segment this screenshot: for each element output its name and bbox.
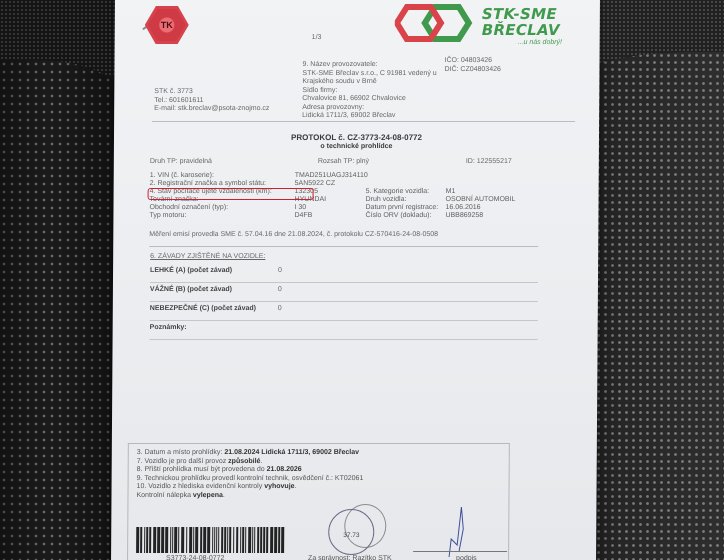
defect-row-light: LEHKÉ (A) (počet závad) 0 (150, 264, 538, 283)
summary-bold: způsobilé (228, 458, 260, 465)
first-registration-value: 16.06.2016 (445, 204, 515, 212)
summary-bold: vylepena (193, 492, 223, 499)
category-label: 5. Kategorie vozidla: (366, 188, 446, 196)
defect-count: 0 (278, 267, 282, 276)
operator-line: STK-SME Břeclav s.r.o., C 91981 vedený u (302, 70, 436, 79)
summary-box: 3. Datum a místo prohlídky: 21.08.2024 L… (127, 443, 510, 560)
stamp-number: 37.73 (343, 532, 359, 541)
summary-bold: 21.08.2026 (267, 466, 302, 473)
defect-row-dangerous: NEBEZPEČNÉ (C) (počet závad) 0 (150, 302, 538, 321)
stamp-label: Za správnost: Razítko STK (308, 555, 392, 560)
protocol-title-block: PROTOKOL č. CZ-3773-24-08-0772 o technic… (114, 134, 599, 151)
summary-item: Kontrolní nálepka vylepena. (136, 492, 363, 501)
summary-item: 10. Vozidlo z hlediska evidenční kontrol… (137, 483, 364, 492)
protocol-subtitle: o technické prohlídce (114, 143, 599, 152)
vehicle-row: 2. Registrační značka a symbol státu:5AN… (150, 180, 368, 188)
barcode-text: S3773-24-08-0772 (166, 555, 224, 560)
notes-row: Poznámky: (150, 321, 538, 340)
summary-text: 7. Vozidlo je pro další provoz (137, 458, 229, 465)
model-value: I 30 (294, 204, 367, 212)
logo-name: STK-SME BŘECLAV (482, 6, 560, 38)
vin-label: 1. VIN (č. karoserie): (150, 172, 295, 180)
station-contact: STK č. 3773 Tel.: 601601611 E-mail: stk.… (154, 88, 269, 114)
summary-bold: vyhovuje (264, 483, 294, 490)
summary-suffix: . (260, 458, 262, 465)
notes-label: Poznámky: (150, 324, 187, 333)
odometer-highlight-marker (148, 188, 314, 200)
summary-text: Kontrolní nálepka (136, 492, 192, 499)
page-number: 1/3 (312, 34, 322, 43)
summary-text: 10. Vozidlo z hlediska evidenční kontrol… (137, 483, 265, 490)
tax-ids: IČO: 04803426 DIČ: CZ04803426 (444, 57, 501, 74)
vehicle-row: Obchodní označení (typ):I 30 (149, 204, 367, 212)
vin-value: TMAD251UAGJ314110 (295, 172, 368, 180)
stk-sme-logo: STK-SME BŘECLAV ...u nás dobrý! (395, 4, 595, 44)
dic: DIČ: CZ04803426 (444, 66, 500, 75)
protocol-barcode (136, 527, 286, 553)
defect-row-serious: VÁŽNÉ (B) (počet závad) 0 (150, 283, 538, 302)
logo-name-line1: STK-SME (482, 6, 560, 22)
vehicle-row: Číslo ORV (dokladu):UBB869258 (365, 212, 515, 220)
vehicle-type-label: Druh vozidla: (366, 196, 446, 204)
tk-inspection-sticker-icon: TK (145, 6, 189, 44)
inspection-scope: Rozsah TP: plný (318, 158, 369, 167)
signature-label: podpis (456, 555, 477, 560)
vehicle-row: Druh vozidla:OSOBNÍ AUTOMOBIL (366, 196, 516, 204)
first-registration-label: Datum první registrace: (365, 204, 445, 212)
defects-heading: 6. ZÁVADY ZJIŠTĚNÉ NA VOZIDLE: (150, 253, 265, 262)
sticker-label: TK (148, 9, 186, 41)
summary-item: 7. Vozidlo je pro další provoz způsobilé… (137, 458, 364, 467)
category-value: M1 (446, 188, 516, 196)
logo-name-line2: BŘECLAV (482, 22, 560, 38)
operator-line: 9. Název provozovatele: (302, 61, 436, 70)
interlocked-hexagons-icon (395, 4, 481, 42)
ico: IČO: 04803426 (444, 57, 500, 66)
vehicle-details-right: 5. Kategorie vozidla:M1 Druh vozidla:OSO… (365, 188, 515, 220)
logo-slogan: ...u nás dobrý! (518, 39, 562, 48)
summary-suffix: . (295, 483, 297, 490)
orv-label: Číslo ORV (dokladu): (365, 212, 445, 220)
engine-value: D4FB (294, 212, 367, 220)
engine-label: Typ motoru: (149, 212, 294, 220)
summary-list: 3. Datum a místo prohlídky: 21.08.2024 L… (136, 449, 363, 500)
plate-label: 2. Registrační značka a symbol státu: (150, 180, 295, 188)
inspection-type: Druh TP: pravidelná (150, 158, 212, 167)
protocol-title: PROTOKOL č. CZ-3773-24-08-0772 (114, 134, 599, 143)
inspection-protocol-paper: TK STK-SME BŘECLAV ...u nás dobrý! 1/3 S… (111, 0, 600, 560)
defect-count: 0 (278, 286, 282, 295)
divider (152, 121, 575, 122)
summary-bold: 21.08.2024 Lidická 1711/3, 69002 Břeclav (224, 449, 359, 456)
summary-text: 3. Datum a místo prohlídky: (137, 449, 225, 456)
orv-value: UBB869258 (445, 212, 515, 220)
defect-count: 0 (278, 305, 282, 314)
seat-left-bolster (0, 60, 125, 560)
emissions-note: Měření emisí provedla SME č. 57.04.16 dn… (149, 231, 438, 240)
station-number: STK č. 3773 (154, 88, 269, 97)
defect-label: NEBEZPEČNÉ (C) (počet závad) (150, 305, 256, 314)
stk-stamp-icon: 37.73 (328, 509, 374, 555)
signature-icon (443, 499, 473, 559)
operator-line: Krajského soudu v Brně (302, 78, 436, 87)
summary-suffix: . (223, 492, 225, 499)
operator-line: Adresa provozovny: (302, 104, 436, 113)
operator-info: 9. Název provozovatele: STK-SME Břeclav … (302, 61, 437, 121)
summary-text: 9. Technickou prohlídku provedl kontroln… (137, 475, 364, 482)
vehicle-row: Datum první registrace:16.06.2016 (365, 204, 515, 212)
summary-text: 8. Příští prohlídka musí být provedena d… (137, 466, 267, 473)
summary-item: 9. Technickou prohlídku provedl kontroln… (137, 475, 364, 484)
vehicle-row: 1. VIN (č. karoserie):TMAD251UAGJ314110 (150, 172, 368, 180)
station-phone: Tel.: 601601611 (154, 97, 269, 106)
operator-line: Chvalovice 81, 66902 Chvalovice (302, 95, 436, 104)
operator-line: Sídlo firmy: (302, 87, 436, 96)
plate-value: 5AN5922 CZ (295, 180, 368, 188)
protocol-id: ID: 122555217 (466, 158, 512, 167)
operator-line: Lidická 1711/3, 69002 Břeclav (302, 112, 436, 121)
model-label: Obchodní označení (typ): (149, 204, 294, 212)
signature-line (413, 551, 507, 552)
vehicle-row: Typ motoru:D4FB (149, 212, 367, 220)
summary-item: 8. Příští prohlídka musí být provedena d… (137, 466, 364, 475)
summary-item: 3. Datum a místo prohlídky: 21.08.2024 L… (137, 449, 364, 458)
defect-label: LEHKÉ (A) (počet závad) (150, 267, 232, 276)
defect-label: VÁŽNÉ (B) (počet závad) (150, 286, 232, 295)
vehicle-row: 5. Kategorie vozidla:M1 (366, 188, 516, 196)
divider (149, 246, 538, 247)
vehicle-type-value: OSOBNÍ AUTOMOBIL (446, 196, 516, 204)
station-email: E-mail: stk.breclav@psota-znojmo.cz (154, 105, 269, 114)
